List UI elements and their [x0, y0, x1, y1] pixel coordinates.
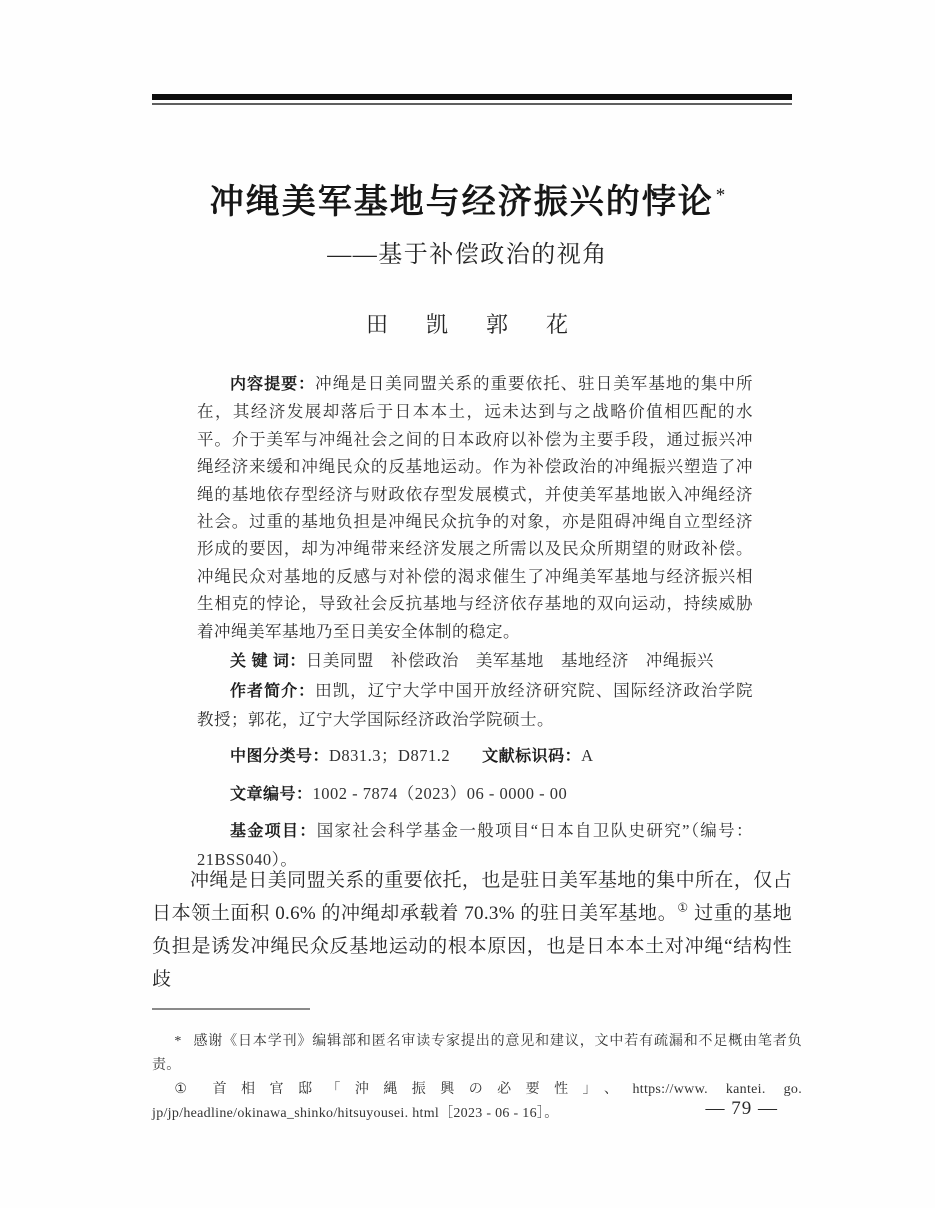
- abstract-text: 冲绳是日美同盟关系的重要依托、驻日美军基地的集中所在，其经济发展却落后于日本本土…: [197, 374, 753, 641]
- abstract-paragraph: 内容提要：冲绳是日美同盟关系的重要依托、驻日美军基地的集中所在，其经济发展却落后…: [197, 370, 753, 645]
- footnote-ref-1: ①: [677, 901, 688, 915]
- journal-page: 冲绳美军基地与经济振兴的悖论* ——基于补偿政治的视角 田 凯 郭 花 内容提要…: [0, 0, 935, 1208]
- doc-code-label: 文献标识码：: [482, 748, 581, 765]
- keywords-label: 关 键 词：: [230, 653, 306, 670]
- author-bio-line: 作者简介：田凯，辽宁大学中国开放经济研究院、国际经济政治学院教授；郭花，辽宁大学…: [197, 677, 753, 733]
- header-rule-thick: [152, 94, 792, 100]
- footnote-divider: [152, 1008, 310, 1010]
- article-title: 冲绳美军基地与经济振兴的悖论*: [122, 182, 813, 225]
- footnote-star-text: 感谢《日本学刊》编辑部和匿名审读专家提出的意见和建议，文中若有疏漏和不足概由笔者…: [152, 1034, 802, 1073]
- footnote-1-marker: ①: [174, 1082, 201, 1097]
- doc-code-value: A: [581, 746, 593, 765]
- article-body: 冲绳是日美同盟关系的重要依托，也是驻日美军基地的集中所在，仅占日本领土面积 0.…: [152, 864, 792, 996]
- title-footnote-marker: *: [716, 185, 726, 206]
- front-matter: 内容提要：冲绳是日美同盟关系的重要依托、驻日美军基地的集中所在，其经济发展却落后…: [197, 370, 753, 873]
- keywords-line: 关 键 词：日美同盟 补偿政治 美军基地 基地经济 冲绳振兴: [197, 647, 753, 675]
- clc-line: 中图分类号：D831.3；D871.2文献标识码：A: [197, 742, 753, 770]
- article-title-text: 冲绳美军基地与经济振兴的悖论: [210, 184, 714, 221]
- article-no-label: 文章编号：: [230, 786, 313, 803]
- keywords-text: 日美同盟 补偿政治 美军基地 基地经济 冲绳振兴: [306, 651, 714, 670]
- body-paragraph: 冲绳是日美同盟关系的重要依托，也是驻日美军基地的集中所在，仅占日本领土面积 0.…: [152, 864, 792, 996]
- clc-label: 中图分类号：: [230, 748, 329, 765]
- author-bio-label: 作者简介：: [230, 683, 315, 700]
- clc-value: D831.3；D871.2: [329, 746, 450, 765]
- article-no-line: 文章编号：1002 - 7874（2023）06 - 0000 - 00: [197, 780, 753, 808]
- article-subtitle: ——基于补偿政治的视角: [122, 240, 813, 271]
- fund-label: 基金项目：: [230, 823, 317, 840]
- page-number: — 79 —: [152, 1098, 792, 1120]
- abstract-label: 内容提要：: [230, 376, 315, 393]
- header-rule-thin: [152, 103, 792, 105]
- footnote-star-marker: *: [174, 1034, 181, 1049]
- footnote-star: *感谢《日本学刊》编辑部和匿名审读专家提出的意见和建议，文中若有疏漏和不足概由笔…: [152, 1030, 802, 1078]
- article-authors: 田 凯 郭 花: [150, 308, 792, 339]
- article-no-value: 1002 - 7874（2023）06 - 0000 - 00: [313, 784, 568, 803]
